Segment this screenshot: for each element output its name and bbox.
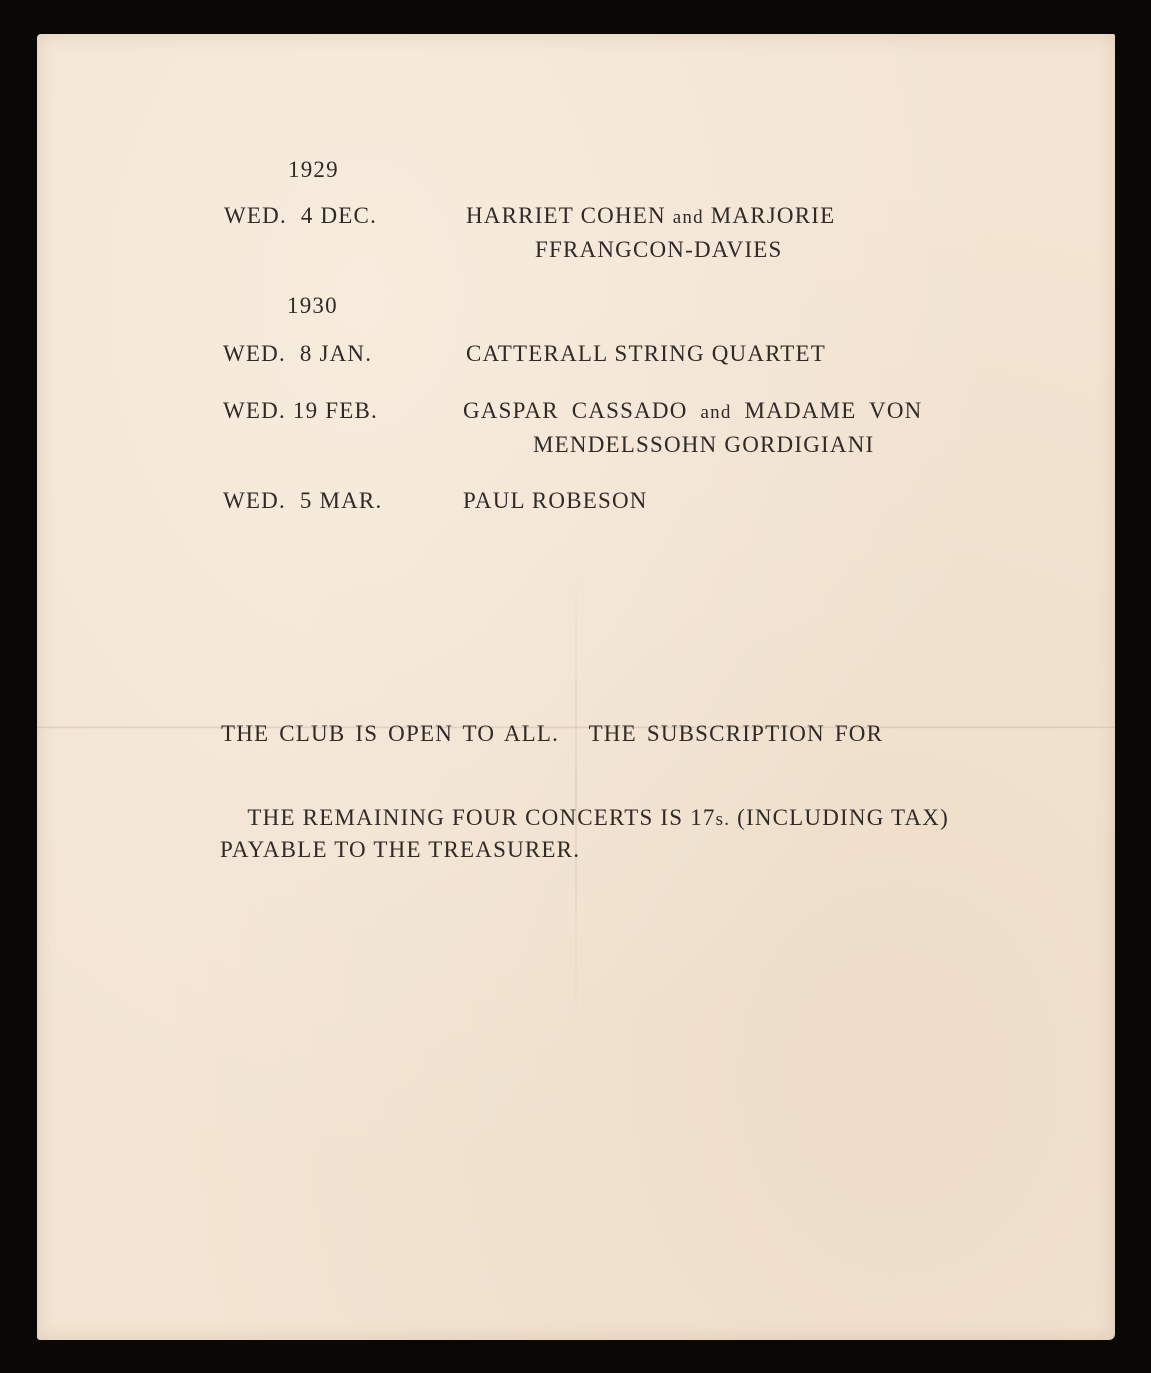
performer-name: HARRIET COHEN [466,203,666,228]
notice-text: THE REMAINING FOUR CONCERTS IS 17 [247,805,715,830]
notice-text: (INCLUDING TAX) [730,805,949,830]
performer-name: MARJORIE [711,203,836,228]
concert-performers-line1: CATTERALL STRING QUARTET [466,341,826,367]
conjunction: and [701,402,732,423]
notice-line-3: PAYABLE TO THE TREASURER. [220,837,580,863]
concert-date: WED. 19 FEB. [223,398,378,424]
concert-performers-line2: FFRANGCON-DAVIES [535,237,783,263]
concert-performers-line2: MENDELSSOHN GORDIGIANI [533,432,874,458]
performer-name: GASPAR CASSADO [463,398,688,423]
concert-performers-line1: PAUL ROBESON [463,488,648,514]
concert-date: WED. 4 DEC. [224,203,377,229]
concert-programme-sheet: 1929 WED. 4 DEC. HARRIET COHEN and MARJO… [37,34,1115,1340]
performer-name: MADAME VON [745,398,923,423]
concert-date: WED. 5 MAR. [223,488,382,514]
year-heading-1930: 1930 [287,293,338,319]
year-heading-1929: 1929 [288,157,339,183]
conjunction: and [673,207,704,228]
concert-performers-line1: GASPAR CASSADO and MADAME VON [463,398,922,424]
notice-line-1: THE CLUB IS OPEN TO ALL. THE SUBSCRIPTIO… [221,721,883,747]
concert-performers-line1: HARRIET COHEN and MARJORIE [466,203,835,229]
concert-date: WED. 8 JAN. [223,341,372,367]
shillings-abbrev: s. [716,809,731,830]
